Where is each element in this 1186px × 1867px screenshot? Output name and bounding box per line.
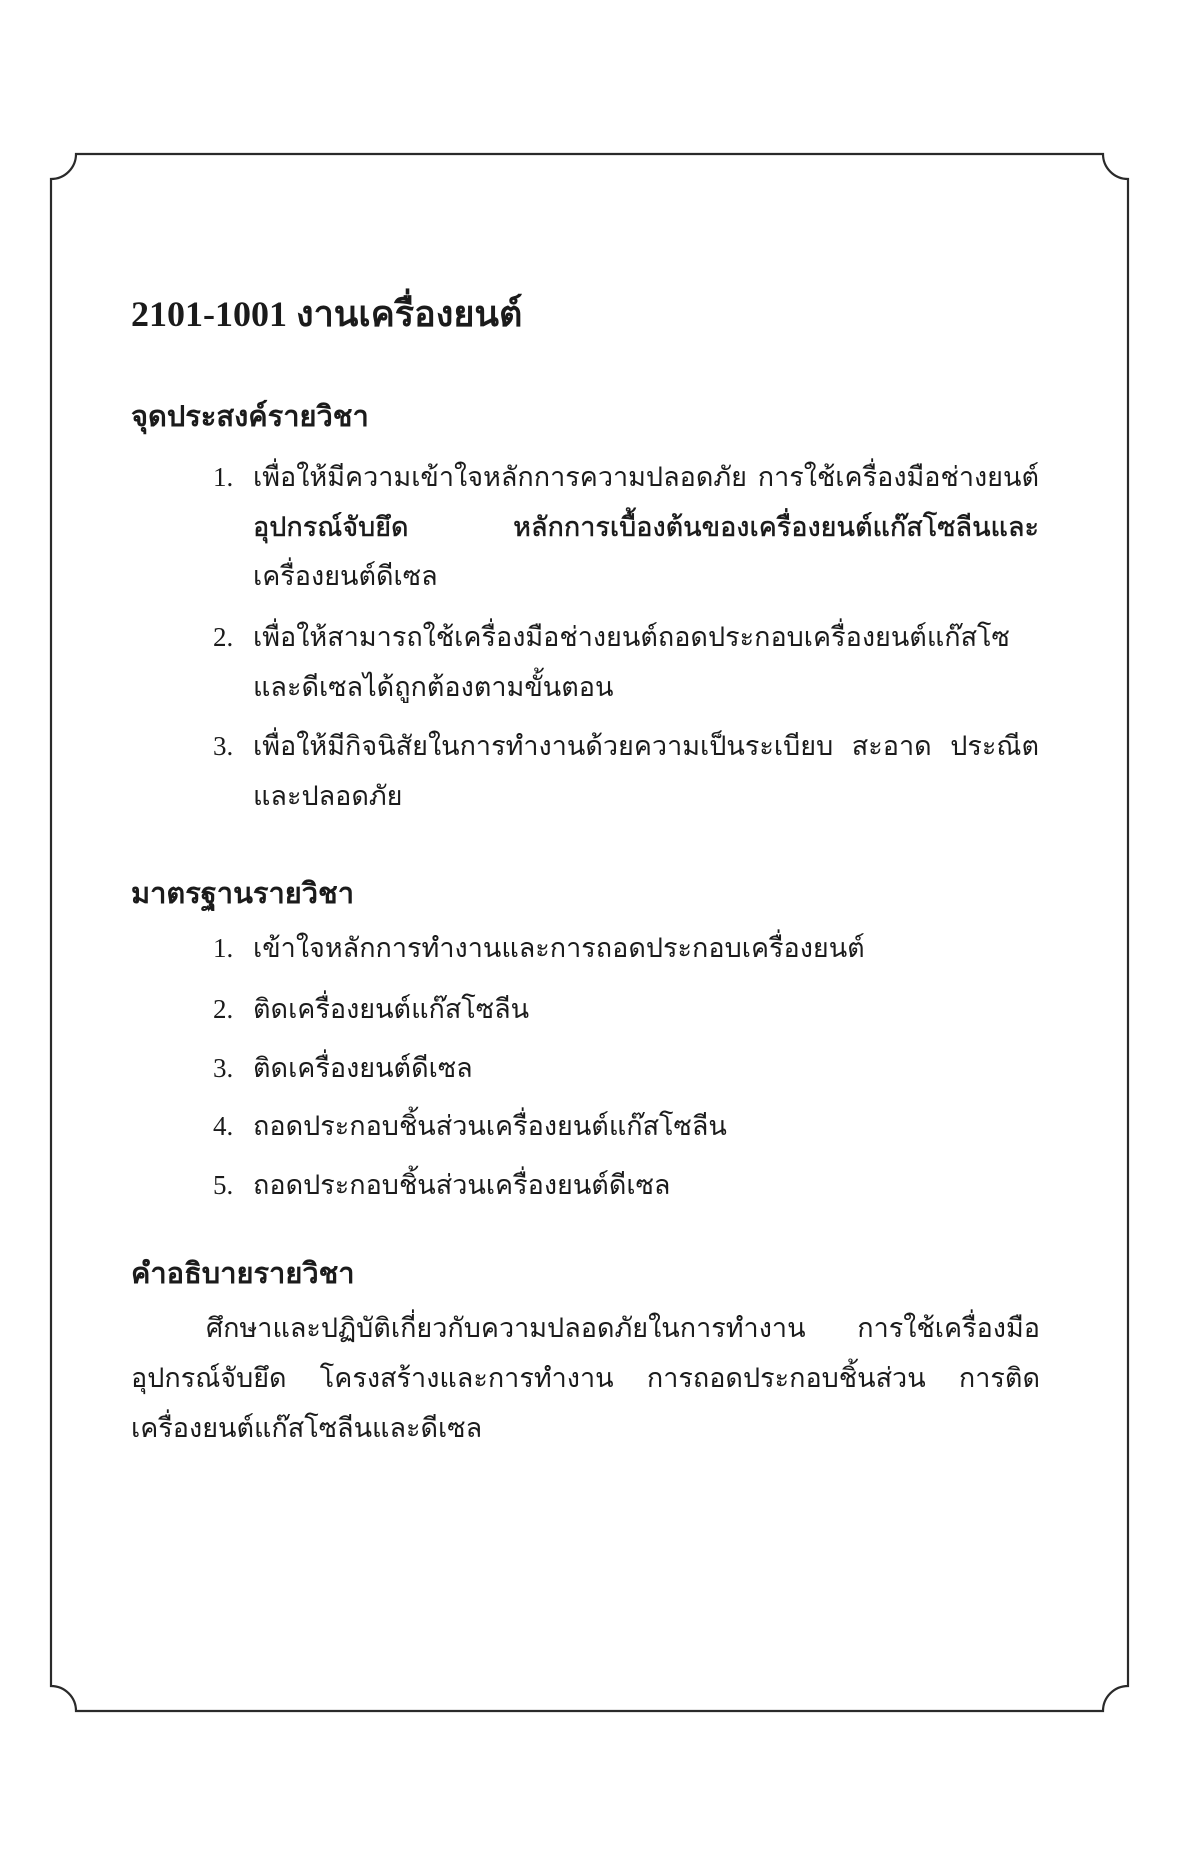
- standard-number: 4.: [213, 1101, 233, 1151]
- objective-line: เพื่อให้สามารถใช้เครื่องมือช่างยนต์ถอดปร…: [253, 612, 1039, 662]
- objective-line: และดีเซลได้ถูกต้องตามขั้นตอน: [253, 662, 1039, 712]
- course-title: 2101-1001 งานเครื่องยนต์: [131, 289, 522, 339]
- standard-number: 3.: [213, 1043, 233, 1093]
- standard-number: 2.: [213, 984, 233, 1034]
- objective-line: เครื่องยนต์ดีเซล: [253, 551, 1039, 601]
- description-line: ศึกษาและปฏิบัติเกี่ยวกับความปลอดภัยในการ…: [206, 1303, 1040, 1353]
- objectives-heading: จุดประสงค์รายวิชา: [131, 392, 369, 442]
- objective-line: และปลอดภัย: [253, 771, 1039, 821]
- standard-number: 5.: [213, 1160, 233, 1210]
- objective-number: 1.: [213, 452, 233, 502]
- objective-line: เพื่อให้มีความเข้าใจหลักการความปลอดภัย ก…: [253, 452, 1039, 502]
- standard-text: ติดเครื่องยนต์ดีเซล: [253, 1043, 1039, 1093]
- objective-line: เพื่อให้มีกิจนิสัยในการทำงานด้วยความเป็น…: [253, 721, 1039, 771]
- standard-text: ติดเครื่องยนต์แก๊สโซลีน: [253, 984, 1039, 1034]
- standards-heading: มาตรฐานรายวิชา: [131, 869, 354, 919]
- objective-number: 2.: [213, 612, 233, 662]
- objective-number: 3.: [213, 721, 233, 771]
- description-line: อุปกรณ์จับยึด โครงสร้างและการทำงาน การถอ…: [131, 1353, 1040, 1403]
- standard-text: ถอดประกอบชิ้นส่วนเครื่องยนต์ดีเซล: [253, 1160, 1039, 1210]
- standard-number: 1.: [213, 923, 233, 973]
- objective-line: อุปกรณ์จับยึด หลักการเบื้องต้นของเครื่อง…: [253, 502, 1039, 552]
- standard-text: เข้าใจหลักการทำงานและการถอดประกอบเครื่อง…: [253, 923, 1039, 973]
- description-heading: คำอธิบายรายวิชา: [131, 1249, 355, 1299]
- standard-text: ถอดประกอบชิ้นส่วนเครื่องยนต์แก๊สโซลีน: [253, 1101, 1039, 1151]
- description-line: เครื่องยนต์แก๊สโซลีนและดีเซล: [131, 1403, 1040, 1453]
